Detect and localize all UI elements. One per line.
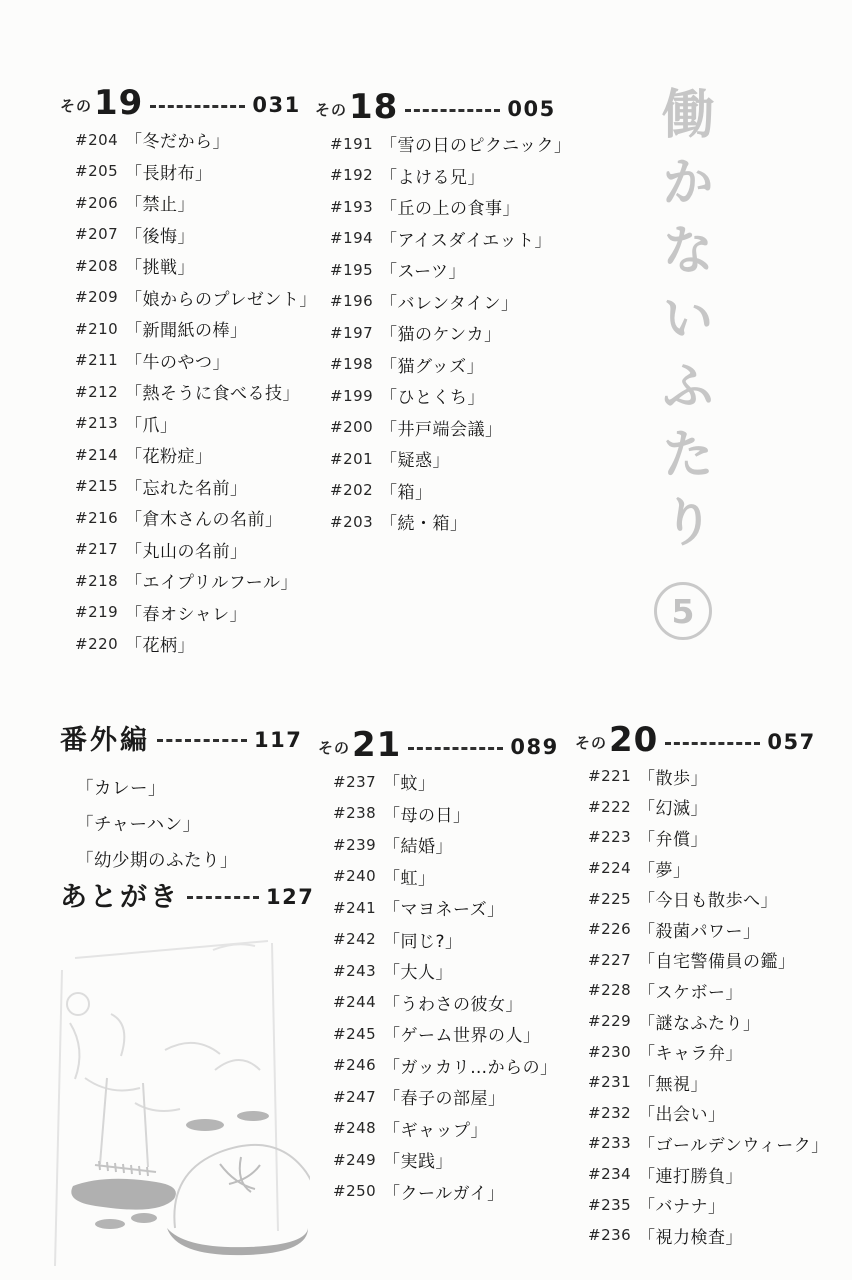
toc-entry: #211 「牛のやつ」: [75, 345, 317, 377]
toc-entry: #243 「大人」: [333, 955, 559, 987]
toc-entry: #200 「井戸端会議」: [330, 412, 571, 444]
toc-entry: #192 「よける兄」: [330, 160, 571, 192]
entry-number: #204: [75, 131, 125, 149]
toc-entry: #228 「スケボー」: [588, 975, 829, 1006]
extra-item-title: 「カレー」: [76, 771, 302, 807]
section-page-number: 127: [266, 885, 314, 909]
entry-number: #194: [330, 229, 380, 247]
entry-number: #240: [333, 867, 383, 885]
entry-number: #228: [588, 981, 638, 999]
entry-number: #236: [588, 1226, 638, 1244]
entry-title: 「丸山の名前」: [125, 537, 248, 562]
toc-entry: #210 「新聞紙の棒」: [75, 313, 317, 345]
toc-entry: #238 「母の日」: [333, 798, 559, 830]
dotted-leader: [150, 105, 245, 108]
volume-number-badge: 5: [654, 582, 712, 640]
toc-entry: #222 「幻滅」: [588, 792, 829, 823]
entry-number: #207: [75, 225, 125, 243]
entry-number: #206: [75, 194, 125, 212]
toc-entry: #205 「長財布」: [75, 156, 317, 188]
toc-entry: #219 「春オシャレ」: [75, 597, 317, 629]
entry-title: 「冬だから」: [125, 127, 230, 152]
section-sono19: その 19 031 #204 「冬だから」 #205 「長財布」 #206 「禁: [60, 86, 317, 660]
entry-title: 「続・箱」: [380, 509, 468, 534]
entry-number: #245: [333, 1025, 383, 1043]
entry-title: 「蚊」: [383, 769, 436, 794]
entry-number: #196: [330, 292, 380, 310]
toc-entry: #201 「疑惑」: [330, 443, 571, 475]
entry-number: #214: [75, 446, 125, 464]
entry-title: 「長財布」: [125, 159, 213, 184]
entry-list: #204 「冬だから」 #205 「長財布」 #206 「禁止」 #207 「後…: [60, 124, 317, 660]
section-prefix: その: [575, 732, 607, 753]
entry-number: #203: [330, 513, 380, 531]
section-number: 18: [349, 90, 398, 124]
toc-entry: #224 「夢」: [588, 853, 829, 884]
entry-title: 「娘からのプレゼント」: [125, 285, 317, 310]
entry-number: #195: [330, 261, 380, 279]
entry-title: 「自宅警備員の鑑」: [638, 947, 796, 972]
entry-title: 「井戸端会議」: [380, 415, 503, 440]
entry-number: #231: [588, 1073, 638, 1091]
entry-number: #191: [330, 135, 380, 153]
toc-entry: #195 「スーツ」: [330, 254, 571, 286]
entry-number: #215: [75, 477, 125, 495]
entry-number: #223: [588, 828, 638, 846]
corner-illustration: [15, 928, 310, 1276]
toc-page: その 19 031 #204 「冬だから」 #205 「長財布」 #206 「禁: [0, 0, 852, 1280]
toc-entry: #240 「虹」: [333, 861, 559, 893]
entry-title: 「挑戦」: [125, 253, 195, 278]
toc-entry: #203 「続・箱」: [330, 506, 571, 538]
entry-number: #238: [333, 804, 383, 822]
entry-title: 「クールガイ」: [383, 1179, 505, 1204]
entry-title: 「ガッカリ…からの」: [383, 1053, 558, 1078]
entry-title: 「殺菌パワー」: [638, 917, 761, 942]
toc-entry: #242 「同じ?」: [333, 924, 559, 956]
toc-entry: #212 「熱そうに食べる技」: [75, 376, 317, 408]
entry-number: #212: [75, 383, 125, 401]
entry-title: 「牛のやつ」: [125, 348, 230, 373]
section-label: 番外編: [60, 718, 150, 757]
entry-number: #246: [333, 1056, 383, 1074]
entry-title: 「弁償」: [638, 825, 708, 850]
entry-title: 「連打勝負」: [638, 1162, 743, 1187]
entry-number: #248: [333, 1119, 383, 1137]
toc-entry: #194 「アイスダイエット」: [330, 223, 571, 255]
toc-entry: #227 「自宅警備員の鑑」: [588, 945, 829, 976]
entry-number: #232: [588, 1104, 638, 1122]
entry-number: #237: [333, 773, 383, 791]
series-title-text: 働かないふたり: [650, 86, 716, 562]
toc-entry: #218 「エイプリルフール」: [75, 565, 317, 597]
entry-title: 「大人」: [383, 958, 453, 983]
extra-item-list: 「カレー」 「チャーハン」 「幼少期のふたり」: [60, 771, 302, 879]
section-sono18-header: その 18 005: [315, 90, 571, 124]
toc-entry: #213 「爪」: [75, 408, 317, 440]
entry-number: #221: [588, 767, 638, 785]
dotted-leader: [408, 747, 503, 750]
section-page-number: 057: [767, 730, 815, 754]
toc-entry: #202 「箱」: [330, 475, 571, 507]
toc-entry: #207 「後悔」: [75, 219, 317, 251]
section-page-number: 031: [252, 93, 300, 117]
entry-title: 「新聞紙の棒」: [125, 316, 248, 341]
entry-number: #205: [75, 162, 125, 180]
entry-title: 「ひとくち」: [380, 383, 485, 408]
entry-number: #216: [75, 509, 125, 527]
entry-title: 「今日も散歩へ」: [638, 886, 778, 911]
entry-number: #209: [75, 288, 125, 306]
entry-title: 「春オシャレ」: [125, 600, 247, 625]
entry-title: 「雪の日のピクニック」: [380, 131, 571, 156]
entry-number: #193: [330, 198, 380, 216]
dotted-leader: [405, 109, 500, 112]
toc-entry: #233 「ゴールデンウィーク」: [588, 1128, 829, 1159]
toc-entry: #204 「冬だから」: [75, 124, 317, 156]
entry-number: #241: [333, 899, 383, 917]
toc-entry: #193 「丘の上の食事」: [330, 191, 571, 223]
entry-number: #249: [333, 1151, 383, 1169]
entry-title: 「幻滅」: [638, 794, 708, 819]
toc-entry: #199 「ひとくち」: [330, 380, 571, 412]
entry-title: 「花粉症」: [125, 442, 213, 467]
toc-entry: #220 「花柄」: [75, 628, 317, 660]
entry-list: #191 「雪の日のピクニック」 #192 「よける兄」 #193 「丘の上の食…: [315, 128, 571, 538]
entry-number: #219: [75, 603, 125, 621]
entry-number: #227: [588, 951, 638, 969]
toc-entry: #232 「出会い」: [588, 1098, 829, 1129]
section-sono19-header: その 19 031: [60, 86, 317, 120]
section-page-number: 005: [507, 97, 555, 121]
toc-entry: #223 「弁償」: [588, 822, 829, 853]
entry-title: 「キャラ弁」: [638, 1039, 743, 1064]
entry-number: #222: [588, 798, 638, 816]
section-sono20: その 20 057 #221 「散歩」 #222 「幻滅」 #223 「弁償」: [575, 723, 829, 1251]
section-prefix: その: [315, 99, 347, 120]
toc-entry: #231 「無視」: [588, 1067, 829, 1098]
toc-entry: #214 「花粉症」: [75, 439, 317, 471]
entry-title: 「猫グッズ」: [380, 352, 484, 377]
entry-title: 「謎なふたり」: [638, 1009, 761, 1034]
entry-number: #217: [75, 540, 125, 558]
toc-entry: #248 「ギャップ」: [333, 1113, 559, 1145]
entry-title: 「散歩」: [638, 764, 708, 789]
entry-number: #208: [75, 257, 125, 275]
entry-title: 「よける兄」: [380, 163, 485, 188]
section-atogaki: あとがき 127: [60, 875, 314, 914]
entry-number: #233: [588, 1134, 638, 1152]
entry-title: 「倉木さんの名前」: [125, 505, 283, 530]
entry-title: 「ゲーム世界の人」: [383, 1021, 541, 1046]
entry-title: 「バレンタイン」: [380, 289, 519, 314]
toc-entry: #221 「散歩」: [588, 761, 829, 792]
series-title-vertical: 働かないふたり 5: [620, 86, 746, 640]
entry-title: 「出会い」: [638, 1100, 726, 1125]
entry-title: 「無視」: [638, 1070, 708, 1095]
entry-title: 「ゴールデンウィーク」: [638, 1131, 829, 1156]
entry-number: #210: [75, 320, 125, 338]
entry-title: 「箱」: [380, 478, 433, 503]
entry-number: #199: [330, 387, 380, 405]
toc-entry: #206 「禁止」: [75, 187, 317, 219]
entry-title: 「禁止」: [125, 190, 195, 215]
entry-number: #224: [588, 859, 638, 877]
section-prefix: その: [60, 95, 92, 116]
entry-number: #243: [333, 962, 383, 980]
entry-title: 「夢」: [638, 856, 691, 881]
toc-entry: #230 「キャラ弁」: [588, 1036, 829, 1067]
entry-title: 「猫のケンカ」: [380, 320, 502, 345]
dotted-leader: [157, 739, 247, 742]
entry-number: #198: [330, 355, 380, 373]
section-page-number: 117: [254, 728, 302, 752]
entry-number: #250: [333, 1182, 383, 1200]
toc-entry: #217 「丸山の名前」: [75, 534, 317, 566]
toc-entry: #197 「猫のケンカ」: [330, 317, 571, 349]
entry-title: 「母の日」: [383, 801, 471, 826]
entry-title: 「春子の部屋」: [383, 1084, 506, 1109]
toc-entry: #225 「今日も散歩へ」: [588, 883, 829, 914]
entry-title: 「爪」: [125, 411, 178, 436]
dotted-leader: [665, 742, 760, 745]
toc-entry: #196 「バレンタイン」: [330, 286, 571, 318]
entry-title: 「丘の上の食事」: [380, 194, 520, 219]
section-label: あとがき: [60, 875, 180, 914]
toc-entry: #246 「ガッカリ…からの」: [333, 1050, 559, 1082]
entry-number: #230: [588, 1043, 638, 1061]
entry-title: 「忘れた名前」: [125, 474, 248, 499]
toc-entry: #191 「雪の日のピクニック」: [330, 128, 571, 160]
entry-title: 「スーツ」: [380, 257, 466, 282]
toc-entry: #226 「殺菌パワー」: [588, 914, 829, 945]
entry-number: #239: [333, 836, 383, 854]
toc-entry: #234 「連打勝負」: [588, 1159, 829, 1190]
toc-entry: #245 「ゲーム世界の人」: [333, 1018, 559, 1050]
toc-entry: #215 「忘れた名前」: [75, 471, 317, 503]
section-number: 21: [352, 728, 401, 762]
toc-entry: #216 「倉木さんの名前」: [75, 502, 317, 534]
entry-number: #234: [588, 1165, 638, 1183]
toc-entry: #229 「謎なふたり」: [588, 1006, 829, 1037]
toc-entry: #198 「猫グッズ」: [330, 349, 571, 381]
section-number: 19: [94, 86, 143, 120]
toc-entry: #241 「マヨネーズ」: [333, 892, 559, 924]
section-bangai-header: 番外編 117: [60, 718, 302, 757]
entry-title: 「バナナ」: [638, 1192, 726, 1217]
section-bangai: 番外編 117 「カレー」 「チャーハン」 「幼少期のふたり」: [60, 718, 302, 879]
entry-title: 「実践」: [383, 1147, 453, 1172]
entry-number: #220: [75, 635, 125, 653]
extra-item-title: 「幼少期のふたり」: [76, 843, 302, 879]
entry-list: #221 「散歩」 #222 「幻滅」 #223 「弁償」 #224 「夢」: [575, 761, 829, 1251]
entry-title: 「エイプリルフール」: [125, 568, 298, 593]
toc-entry: #235 「バナナ」: [588, 1189, 829, 1220]
entry-title: 「結婚」: [383, 832, 453, 857]
entry-title: 「同じ?」: [383, 927, 463, 952]
toc-entry: #237 「蚊」: [333, 766, 559, 798]
toc-entry: #247 「春子の部屋」: [333, 1081, 559, 1113]
section-number: 20: [609, 723, 658, 757]
entry-number: #202: [330, 481, 380, 499]
entry-number: #235: [588, 1196, 638, 1214]
entry-number: #213: [75, 414, 125, 432]
entry-title: 「アイスダイエット」: [380, 226, 552, 251]
entry-number: #201: [330, 450, 380, 468]
entry-title: 「視力検査」: [638, 1223, 743, 1248]
entry-title: 「スケボー」: [638, 978, 743, 1003]
entry-title: 「花柄」: [125, 631, 195, 656]
entry-number: #226: [588, 920, 638, 938]
entry-title: 「ギャップ」: [383, 1116, 488, 1141]
entry-list: #237 「蚊」 #238 「母の日」 #239 「結婚」 #240 「虹」: [318, 766, 559, 1207]
toc-entry: #249 「実践」: [333, 1144, 559, 1176]
section-prefix: その: [318, 737, 350, 758]
entry-number: #192: [330, 166, 380, 184]
entry-title: 「疑惑」: [380, 446, 450, 471]
entry-number: #247: [333, 1088, 383, 1106]
entry-number: #211: [75, 351, 125, 369]
entry-title: 「うわさの彼女」: [383, 990, 523, 1015]
entry-title: 「後悔」: [125, 222, 195, 247]
entry-number: #197: [330, 324, 380, 342]
section-sono20-header: その 20 057: [575, 723, 829, 757]
toc-entry: #239 「結婚」: [333, 829, 559, 861]
entry-title: 「熱そうに食べる技」: [125, 379, 300, 404]
dotted-leader: [187, 896, 259, 899]
section-sono21: その 21 089 #237 「蚊」 #238 「母の日」 #239 「結婚」: [318, 728, 559, 1207]
entry-number: #225: [588, 890, 638, 908]
entry-number: #218: [75, 572, 125, 590]
entry-number: #244: [333, 993, 383, 1011]
toc-entry: #208 「挑戦」: [75, 250, 317, 282]
extra-item-title: 「チャーハン」: [76, 807, 302, 843]
entry-title: 「虹」: [383, 864, 436, 889]
entry-number: #200: [330, 418, 380, 436]
entry-title: 「マヨネーズ」: [383, 895, 505, 920]
section-page-number: 089: [510, 735, 558, 759]
toc-entry: #209 「娘からのプレゼント」: [75, 282, 317, 314]
section-sono21-header: その 21 089: [318, 728, 559, 762]
entry-number: #242: [333, 930, 383, 948]
toc-entry: #250 「クールガイ」: [333, 1176, 559, 1208]
toc-entry: #244 「うわさの彼女」: [333, 987, 559, 1019]
toc-entry: #236 「視力検査」: [588, 1220, 829, 1251]
entry-number: #229: [588, 1012, 638, 1030]
section-sono18: その 18 005 #191 「雪の日のピクニック」 #192 「よける兄」 #…: [315, 90, 571, 538]
